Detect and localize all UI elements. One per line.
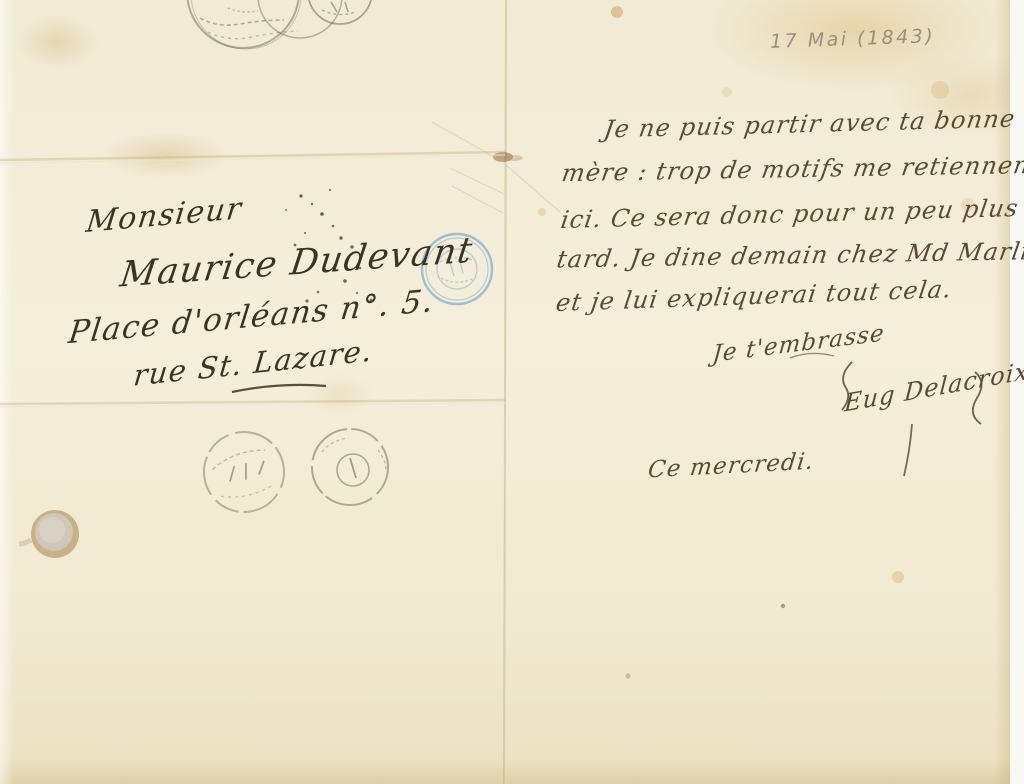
fold-line-horizontal-upper [0,152,505,163]
postmark-bottom-left-icon [196,424,293,521]
postmark-top-left-icon [187,0,342,49]
scanned-letter: 17 Mai (1843) Monsieur Maurice Dudevant … [0,0,1024,784]
crease-diagonals [432,122,560,213]
postmark-bottom-right-icon [312,429,388,505]
lazare-underline-flourish [232,385,326,392]
fold-line-horizontal-lower [0,400,505,407]
postmark-top-right-icon [308,0,372,24]
fold-line-vertical [493,0,523,784]
wax-stain [19,510,79,558]
